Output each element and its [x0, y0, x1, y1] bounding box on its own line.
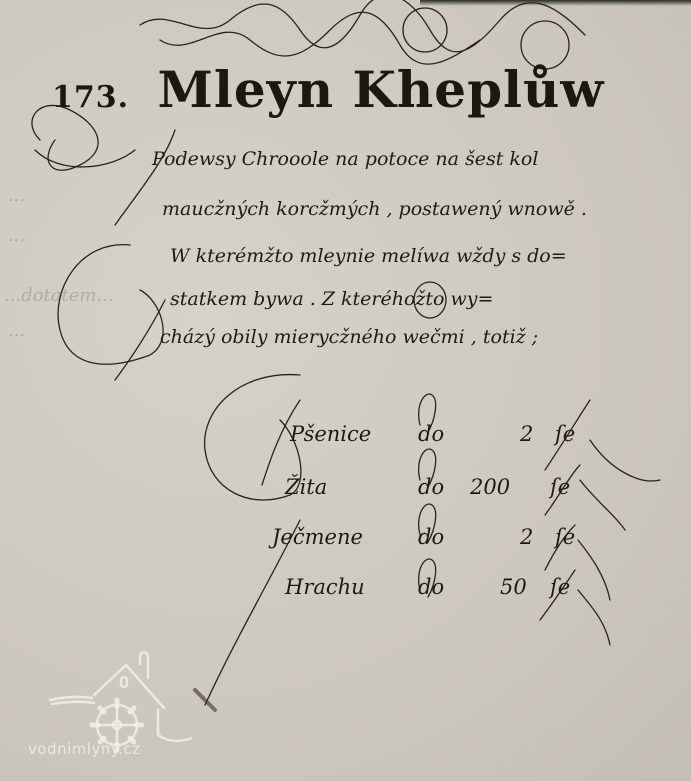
grain-unit: ſe: [555, 422, 575, 446]
watermark-text: vodnimlyny.cz: [28, 740, 141, 758]
body-line-5: cházý obily mierycžného wečmi , totiž ;: [160, 326, 538, 348]
ghost-text-line: ...: [8, 185, 25, 206]
table-row: Hrachu do 50 ſe: [0, 575, 691, 605]
grain-item: Hrachu: [285, 575, 365, 599]
grain-amount: 2: [520, 422, 533, 446]
manuscript-page: ... ... ...dotatem... ...: [0, 0, 691, 781]
grain-item: Ječmene: [272, 525, 363, 549]
heading-title: Mleyn Kheplůw: [158, 60, 605, 119]
grain-amount: 2: [520, 525, 533, 549]
grain-item: Žita: [285, 475, 327, 499]
grain-unit: ſe: [555, 525, 575, 549]
grain-prep: do: [418, 422, 444, 446]
grain-item: Pšenice: [290, 422, 371, 446]
grain-amount: 50: [500, 575, 527, 599]
body-line-4: statkem bywa . Z kteréhožto wy=: [170, 288, 493, 310]
page-heading: 173. Mleyn Kheplůw: [52, 60, 652, 130]
table-row: Pšenice do 2 ſe: [0, 422, 691, 452]
grain-unit: ſe: [550, 575, 570, 599]
grain-prep: do: [418, 575, 444, 599]
page-edge-shadow: [420, 0, 691, 6]
ghost-text-line: ...dotatem...: [4, 285, 114, 306]
body-line-3: W kterémžto mleynie melíwa wždy s do=: [170, 245, 567, 267]
grain-prep: do: [418, 475, 444, 499]
entry-number: 173.: [52, 80, 129, 115]
body-line-2: maucžných korcžmých , postawený wnowě .: [162, 198, 587, 220]
ghost-text-line: ...: [8, 320, 25, 341]
ghost-text-line: ...: [8, 225, 25, 246]
grain-unit: ſe: [550, 475, 570, 499]
body-line-1: Podewsy Chrooole na potoce na šest kol: [152, 148, 538, 170]
grain-amount: 200: [470, 475, 510, 499]
table-row: Ječmene do 2 ſe: [0, 525, 691, 555]
grain-prep: do: [418, 525, 444, 549]
table-row: Žita do 200 ſe: [0, 475, 691, 505]
